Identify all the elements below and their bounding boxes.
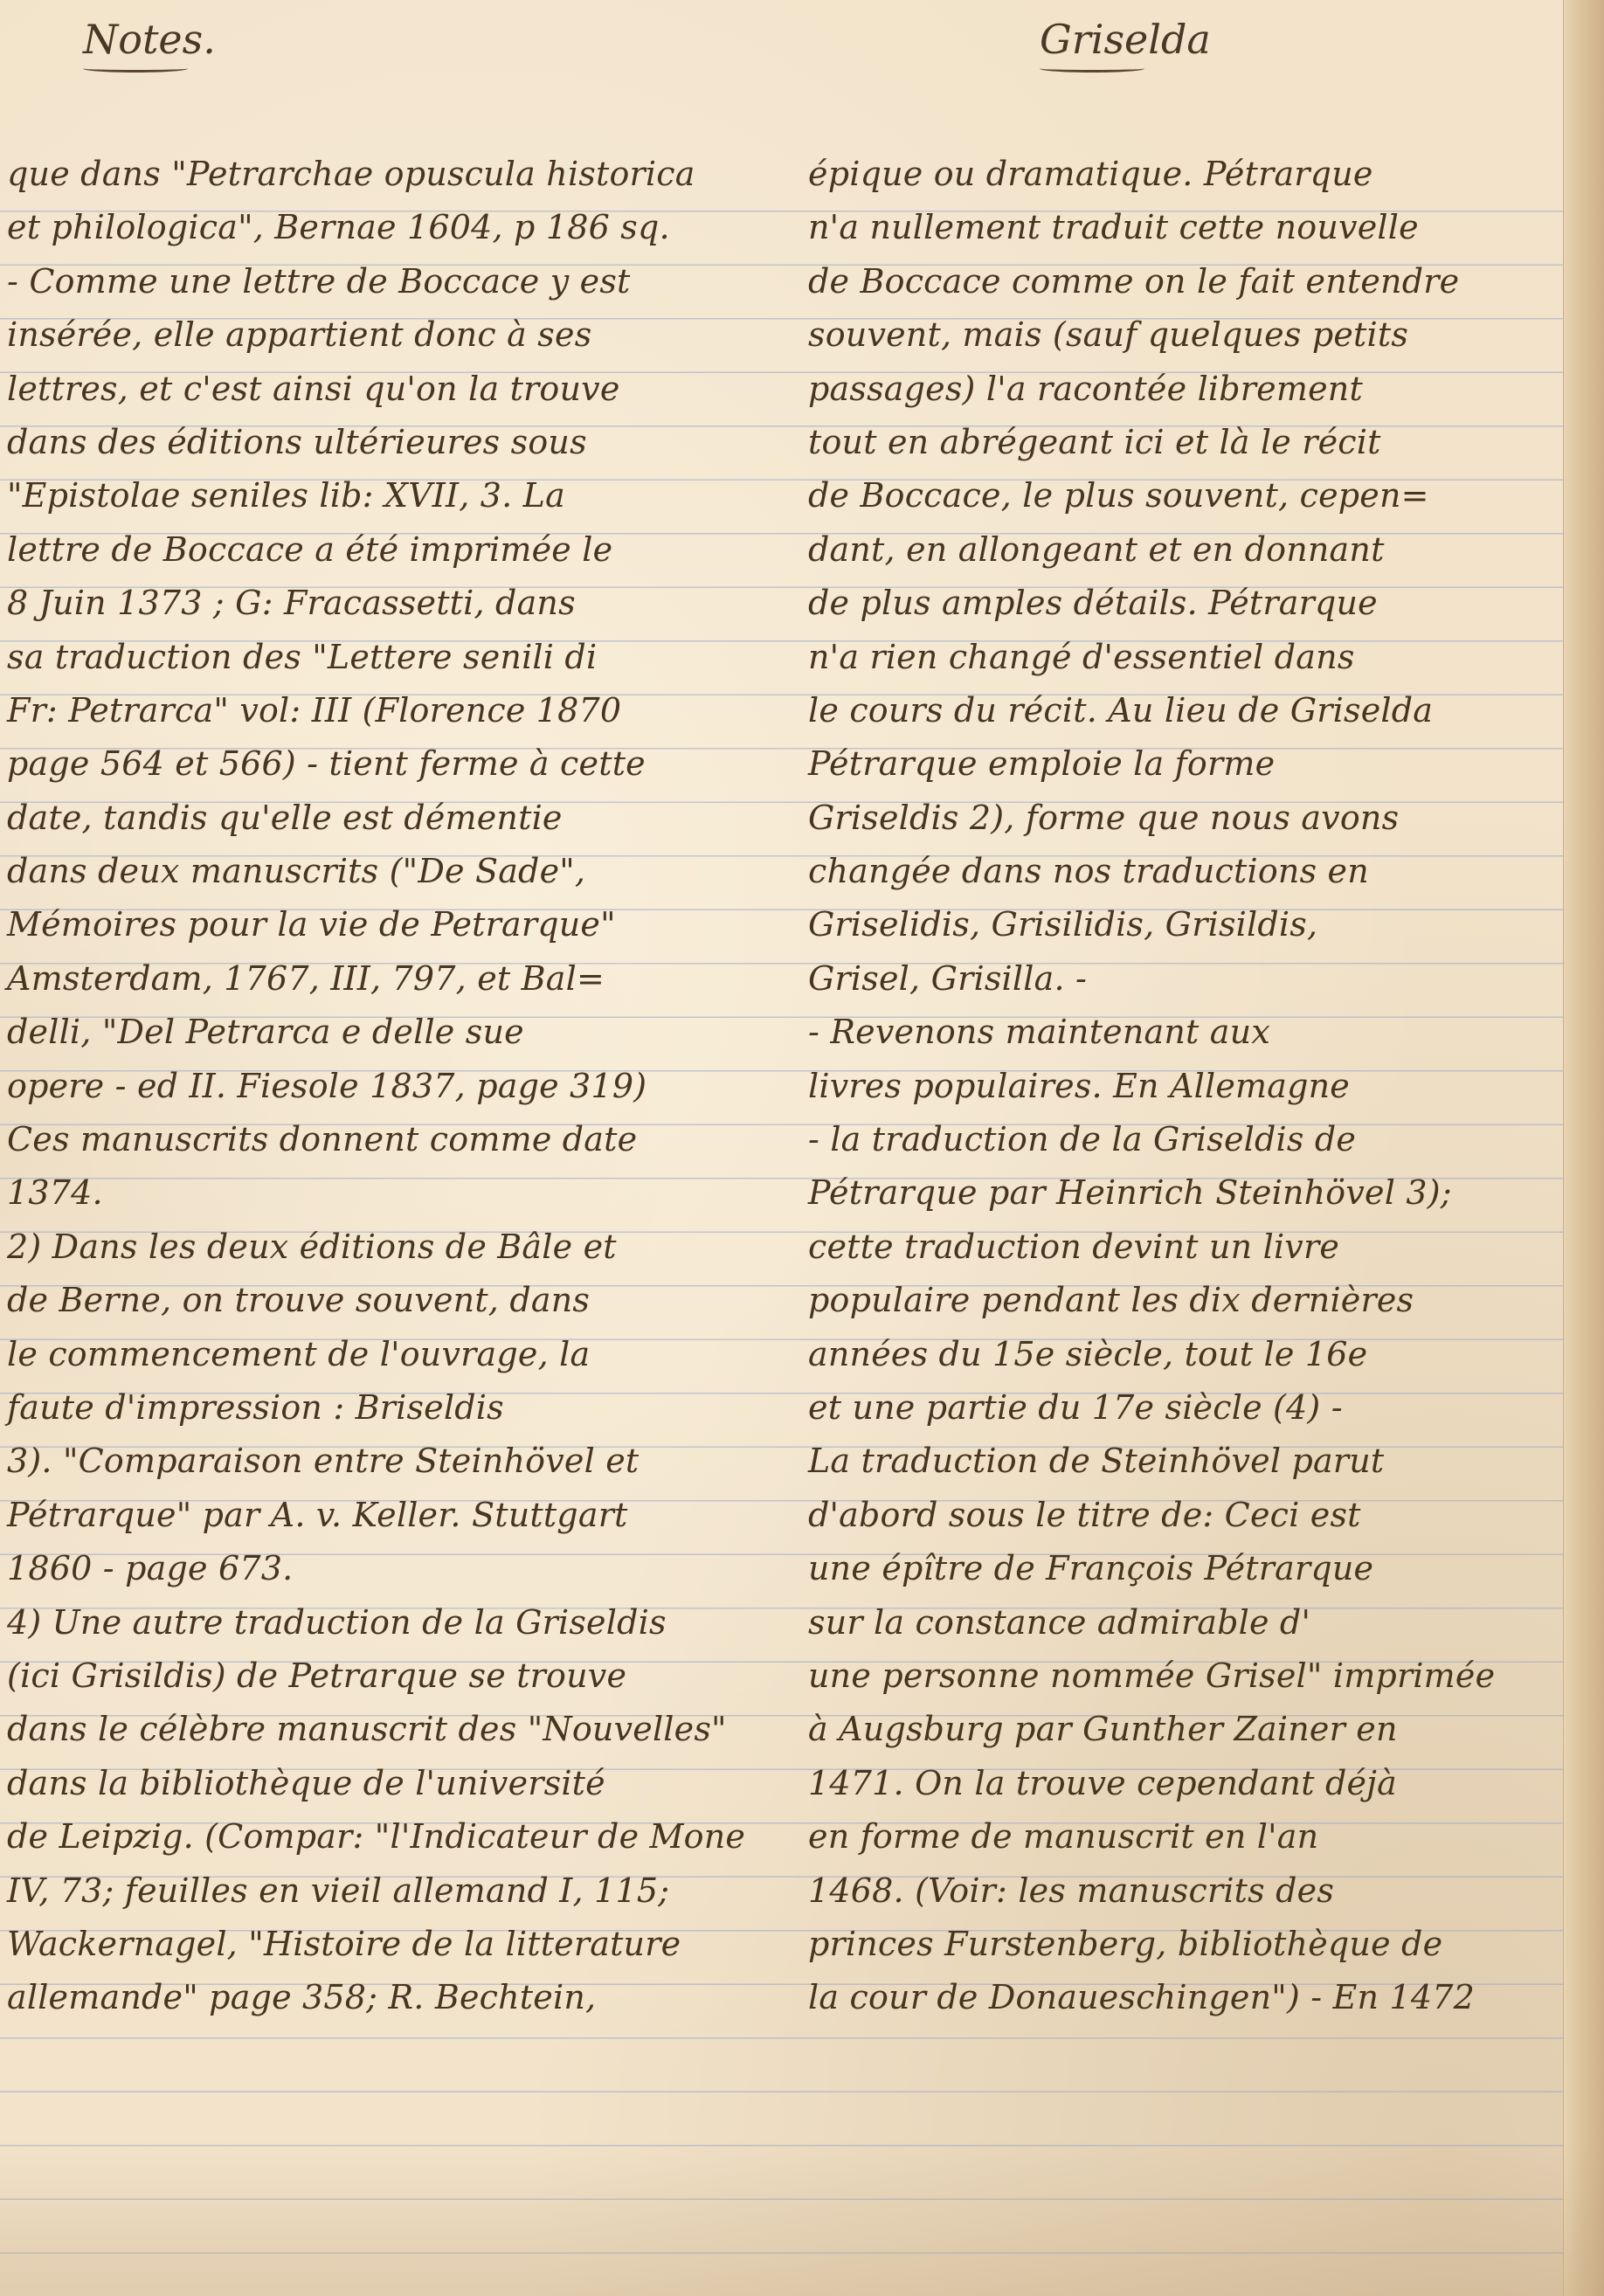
manuscript-line: de Boccace comme on le fait entendre bbox=[808, 255, 1559, 308]
manuscript-line: dans la bibliothèque de l'université bbox=[7, 1757, 793, 1810]
main-text-column: épique ou dramatique. Pétrarquen'a nulle… bbox=[808, 158, 1559, 2036]
manuscript-line: Fr: Petrarca" vol: III (Florence 1870 bbox=[7, 684, 793, 737]
manuscript-line: dans des éditions ultérieures sous bbox=[7, 416, 793, 469]
notes-column: que dans "Petrarchae opuscula historicae… bbox=[7, 158, 793, 2036]
manuscript-line: faute d'impression : Briseldis bbox=[7, 1381, 793, 1435]
manuscript-line: (ici Grisildis) de Petrarque se trouve bbox=[7, 1649, 793, 1703]
manuscript-line: dant, en allongeant et en donnant bbox=[808, 523, 1559, 577]
manuscript-line: d'abord sous le titre de: Ceci est bbox=[808, 1489, 1559, 1542]
manuscript-line: 1374. bbox=[7, 1166, 793, 1220]
manuscript-line: "Epistolae seniles lib: XVII, 3. La bbox=[7, 469, 793, 522]
manuscript-line: à Augsburg par Gunther Zainer en bbox=[808, 1703, 1559, 1756]
manuscript-line: que dans "Petrarchae opuscula historica bbox=[7, 148, 793, 201]
manuscript-line: lettre de Boccace a été imprimée le bbox=[7, 523, 793, 577]
manuscript-line: 2) Dans les deux éditions de Bâle et bbox=[7, 1221, 793, 1274]
manuscript-line: la cour de Donaueschingen") - En 1472 bbox=[808, 1971, 1559, 2024]
manuscript-line: changée dans nos traductions en bbox=[808, 845, 1559, 898]
manuscript-line: - Revenons maintenant aux bbox=[808, 1006, 1559, 1059]
manuscript-line: - Comme une lettre de Boccace y est bbox=[7, 255, 793, 308]
manuscript-line: Mémoires pour la vie de Petrarque" bbox=[7, 898, 793, 951]
manuscript-line: dans le célèbre manuscrit des "Nouvelles… bbox=[7, 1703, 793, 1756]
manuscript-line: une personne nommée Grisel" imprimée bbox=[808, 1649, 1559, 1703]
manuscript-line: sa traduction des "Lettere senili di bbox=[7, 631, 793, 684]
manuscript-line: épique ou dramatique. Pétrarque bbox=[808, 148, 1559, 201]
manuscript-line: le cours du récit. Au lieu de Griselda bbox=[808, 684, 1559, 737]
manuscript-line: Amsterdam, 1767, III, 797, et Bal= bbox=[7, 952, 793, 1006]
manuscript-line: princes Furstenberg, bibliothèque de bbox=[808, 1918, 1559, 1971]
manuscript-line: Pétrarque" par A. v. Keller. Stuttgart bbox=[7, 1489, 793, 1542]
manuscript-line: sur la constance admirable d' bbox=[808, 1596, 1559, 1649]
manuscript-line: 1468. (Voir: les manuscrits des bbox=[808, 1864, 1559, 1918]
underline-flourish bbox=[83, 65, 188, 73]
right-column-header: Griselda bbox=[1040, 16, 1211, 73]
manuscript-line: le commencement de l'ouvrage, la bbox=[7, 1328, 793, 1381]
manuscript-line: souvent, mais (sauf quelques petits bbox=[808, 308, 1559, 362]
manuscript-line: 1860 - page 673. bbox=[7, 1542, 793, 1595]
binding-edge bbox=[1563, 0, 1604, 2296]
manuscript-line: tout en abrégeant ici et là le récit bbox=[808, 416, 1559, 469]
manuscript-line: une épître de François Pétrarque bbox=[808, 1542, 1559, 1595]
manuscript-line: Wackernagel, "Histoire de la litterature bbox=[7, 1918, 793, 1971]
manuscript-page: Notes. Griselda que dans "Petrarchae opu… bbox=[0, 0, 1604, 2296]
manuscript-line: Pétrarque emploie la forme bbox=[808, 737, 1559, 791]
manuscript-line: passages) l'a racontée librement bbox=[808, 363, 1559, 416]
manuscript-line: Pétrarque par Heinrich Steinhövel 3); bbox=[808, 1166, 1559, 1220]
manuscript-line: 3). "Comparaison entre Steinhövel et bbox=[7, 1435, 793, 1488]
manuscript-line: dans deux manuscrits ("De Sade", bbox=[7, 845, 793, 898]
manuscript-line: 1471. On la trouve cependant déjà bbox=[808, 1757, 1559, 1810]
manuscript-line: en forme de manuscrit en l'an bbox=[808, 1810, 1559, 1864]
manuscript-line: IV, 73; feuilles en vieil allemand I, 11… bbox=[7, 1864, 793, 1918]
manuscript-line: 4) Une autre traduction de la Griseldis bbox=[7, 1596, 793, 1649]
manuscript-line: Grisel, Grisilla. - bbox=[808, 952, 1559, 1006]
manuscript-line: cette traduction devint un livre bbox=[808, 1221, 1559, 1274]
manuscript-line: de Boccace, le plus souvent, cepen= bbox=[808, 469, 1559, 522]
manuscript-line: delli, "Del Petrarca e delle sue bbox=[7, 1006, 793, 1059]
left-column-header: Notes. bbox=[83, 16, 216, 73]
underline-flourish bbox=[1040, 65, 1144, 73]
manuscript-line: La traduction de Steinhövel parut bbox=[808, 1435, 1559, 1488]
manuscript-line: opere - ed II. Fiesole 1837, page 319) bbox=[7, 1060, 793, 1113]
manuscript-line: de Leipzig. (Compar: "l'Indicateur de Mo… bbox=[7, 1810, 793, 1864]
manuscript-line: livres populaires. En Allemagne bbox=[808, 1060, 1559, 1113]
manuscript-line: 8 Juin 1373 ; G: Fracassetti, dans bbox=[7, 577, 793, 630]
manuscript-line: date, tandis qu'elle est démentie bbox=[7, 792, 793, 845]
manuscript-line: page 564 et 566) - tient ferme à cette bbox=[7, 737, 793, 791]
manuscript-line: et une partie du 17e siècle (4) - bbox=[808, 1381, 1559, 1435]
manuscript-line: et philologica", Bernae 1604, p 186 sq. bbox=[7, 201, 793, 254]
manuscript-line: n'a rien changé d'essentiel dans bbox=[808, 631, 1559, 684]
griselda-heading: Griselda bbox=[1040, 16, 1211, 63]
manuscript-line: de Berne, on trouve souvent, dans bbox=[7, 1274, 793, 1327]
manuscript-line: Griseldis 2), forme que nous avons bbox=[808, 792, 1559, 845]
manuscript-line: années du 15e siècle, tout le 16e bbox=[808, 1328, 1559, 1381]
manuscript-line: Ces manuscrits donnent comme date bbox=[7, 1113, 793, 1166]
manuscript-line: n'a nullement traduit cette nouvelle bbox=[808, 201, 1559, 254]
manuscript-line: populaire pendant les dix dernières bbox=[808, 1274, 1559, 1327]
notes-heading: Notes. bbox=[83, 16, 216, 63]
manuscript-line: - la traduction de la Griseldis de bbox=[808, 1113, 1559, 1166]
manuscript-line: lettres, et c'est ainsi qu'on la trouve bbox=[7, 363, 793, 416]
manuscript-line: insérée, elle appartient donc à ses bbox=[7, 308, 793, 362]
manuscript-line: Griselidis, Grisilidis, Grisildis, bbox=[808, 898, 1559, 951]
manuscript-line: allemande" page 358; R. Bechtein, bbox=[7, 1971, 793, 2024]
manuscript-line: de plus amples détails. Pétrarque bbox=[808, 577, 1559, 630]
page-shadow bbox=[0, 2139, 1604, 2296]
